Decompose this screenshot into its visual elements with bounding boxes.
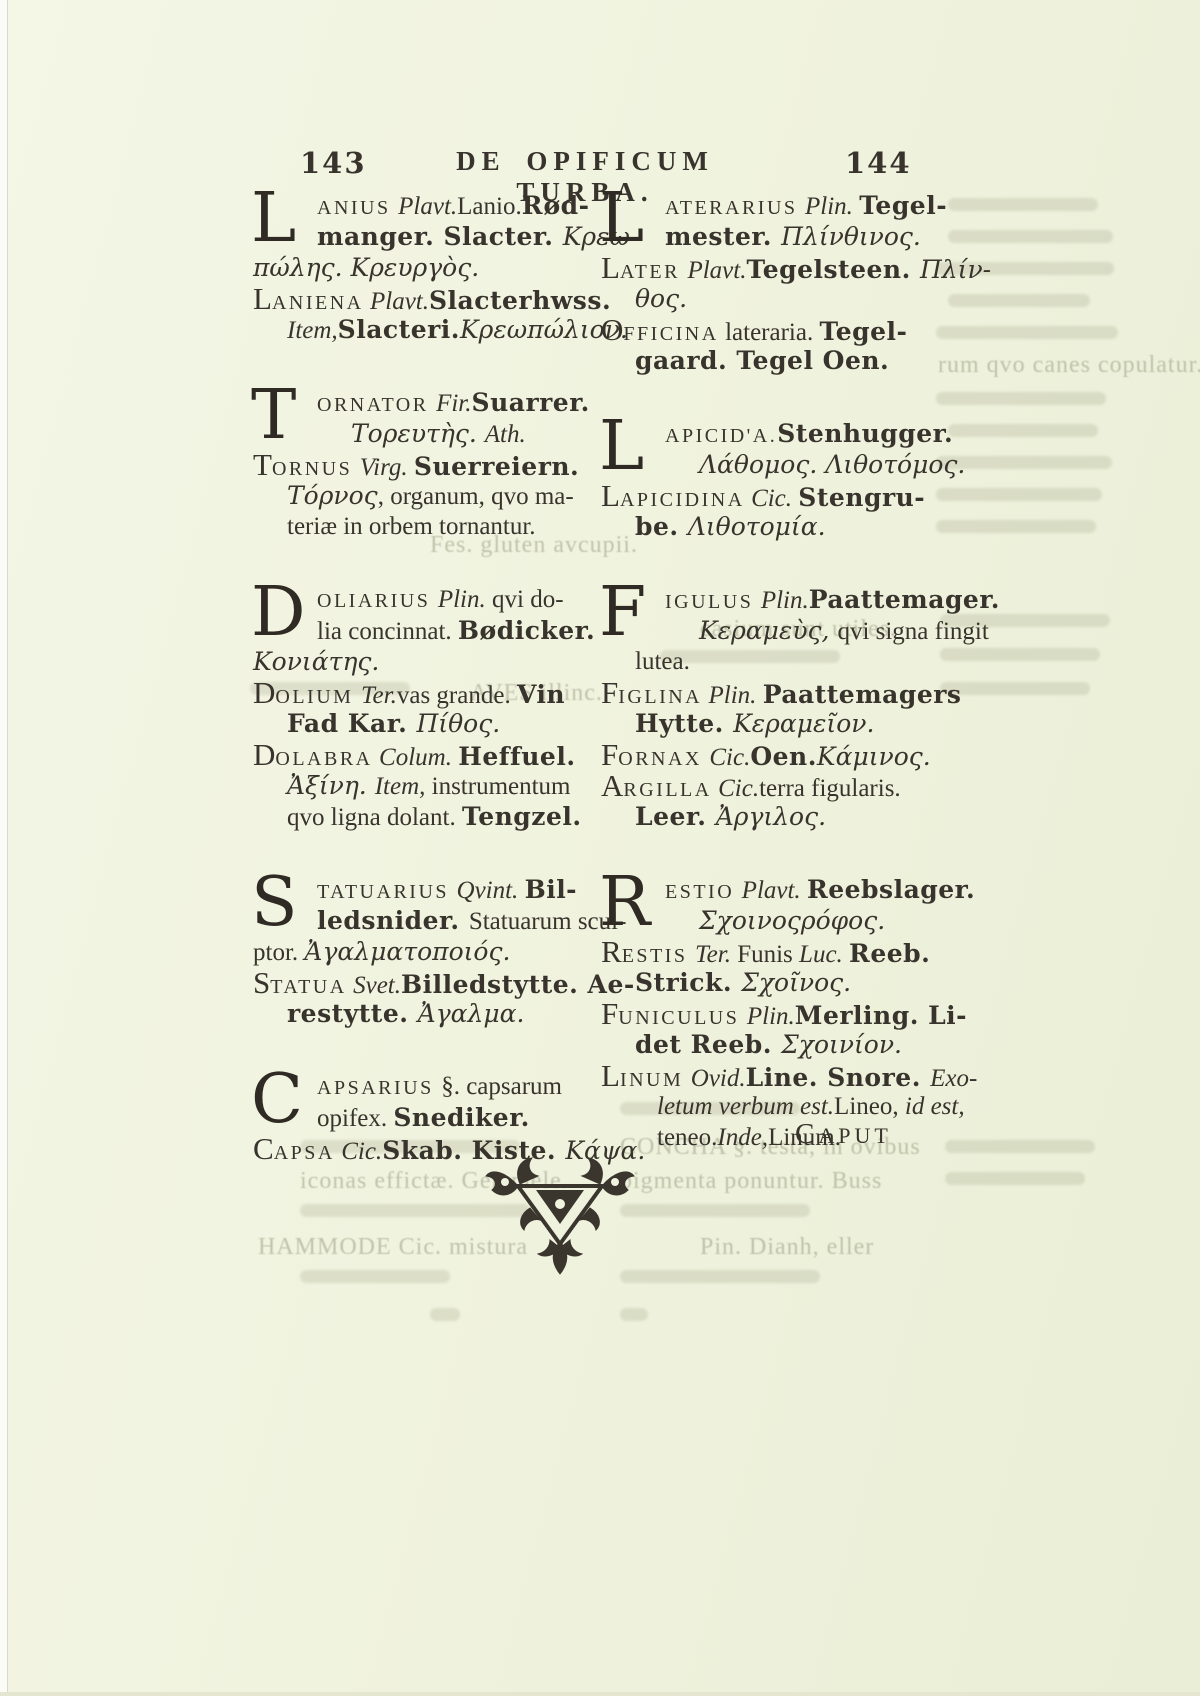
text-segment-lead: C — [253, 1131, 274, 1166]
text-segment-lead: F — [601, 996, 618, 1031]
entry-line: LINUM Ovid.Line. Snore. Exo- — [601, 1060, 951, 1091]
text-segment-sc: ORNAX — [618, 748, 709, 770]
text-segment-it: Cic. — [709, 744, 750, 771]
entry-line: Κεραμεὺς, qvi signa fingit — [601, 615, 951, 646]
bleedthrough-mark — [948, 294, 1090, 307]
text-segment-gr: Κεραμεὺς, — [699, 616, 837, 645]
bleedthrough-mark — [940, 648, 1100, 661]
text-segment-bl: Tegel- — [859, 191, 947, 220]
text-segment-bl: Tegelsteen. — [746, 255, 920, 284]
entry-line: ledsnider. Statuarum scul- — [253, 905, 601, 936]
text-segment-bl: Bil- — [525, 875, 578, 904]
text-segment-sc: ATER — [620, 261, 688, 283]
entry-capsarius: CAPSARIUS §. capsarumopifex. Snediker. — [253, 1071, 601, 1133]
text-segment-it: Cic. — [718, 775, 759, 802]
bleedthrough-mark — [620, 1204, 810, 1217]
entry-line: Strick. Σχοῖνος. — [601, 967, 951, 998]
text-segment-it: letum verbum est. — [657, 1093, 834, 1120]
entry-line: IGULUS Plin.Paattemager. — [601, 584, 951, 615]
text-segment-bl: Hytte. — [635, 709, 733, 738]
text-segment-gr: Ἀγαλμα. — [418, 999, 525, 1028]
entry-line: ANIUS Plavt.Lanio.Rød- — [253, 190, 601, 221]
text-segment-sc: ANIUS — [317, 197, 398, 219]
bleedthrough-mark — [936, 326, 1118, 339]
entry-line: STATUA Svet.Billedstytte. Ae- — [253, 967, 601, 998]
text-segment-lead: L — [601, 478, 620, 513]
text-segment-sc: OLABRA — [275, 748, 379, 770]
drop-cap: F — [599, 584, 646, 642]
text-segment-it: Exo- — [930, 1065, 977, 1092]
text-segment-sc: IGULUS — [665, 591, 761, 613]
entry-line: DOLIUM Ter.vas grande. Vin — [253, 677, 601, 708]
entry-line: manger. Slacter. Κρεω- — [253, 221, 601, 252]
text-segment-bl: Suerreiern. — [414, 452, 579, 481]
drop-cap: L — [599, 418, 644, 476]
entry-dolabra: DOLABRA Colum. Heffuel.Ἀξίνη. Item, inst… — [253, 739, 601, 832]
text-segment-sc: FFICINA — [623, 323, 725, 345]
text-segment-bl: Heffuel. — [458, 742, 575, 771]
entry-dolium: DOLIUM Ter.vas grande. VinFad Kar. Πίθος… — [253, 677, 601, 739]
text-segment-sc: ORNUS — [272, 458, 360, 480]
text-segment-bl: Stenhugger. — [777, 419, 953, 448]
entry-statua: STATUA Svet.Billedstytte. Ae-restytte. Ἀ… — [253, 967, 601, 1029]
text-segment-it: Fir. — [436, 390, 471, 417]
text-segment-it: Plin. — [709, 682, 763, 709]
text-segment-bl: Bødicker. — [458, 616, 595, 645]
entry-line: be. Λιθοτομία. — [601, 511, 951, 542]
text-segment-bl: ledsnider. — [317, 906, 469, 935]
bleedthrough-mark — [948, 424, 1098, 437]
entry-line: θος. — [601, 283, 951, 314]
entry-line: lutea. — [601, 646, 951, 677]
entry-line: qvo ligna dolant. Tengzel. — [253, 801, 601, 832]
text-segment-sc: ANIENA — [272, 292, 370, 314]
entry-lapicida: LAPICID'A.Stenhugger.Λάθομος. Λιθοτόμος. — [601, 418, 951, 480]
text-segment-rm: qvi signa fingit — [837, 618, 988, 645]
text-segment-bl: Vin — [517, 680, 565, 709]
text-segment-it: Inde, — [717, 1124, 768, 1151]
text-segment-it: Item, — [375, 773, 432, 800]
entry-line: Τόρνος, organum, qvo ma- — [253, 480, 601, 511]
text-segment-gr: Σχοινίον. — [781, 1030, 902, 1059]
text-segment-lead: D — [253, 675, 275, 710]
text-segment-rm: teriæ in orbem tornantur. — [287, 513, 536, 540]
text-segment-rm: Funis — [737, 941, 799, 968]
text-segment-bl: Billedstytte. Ae- — [401, 970, 635, 999]
text-segment-rm: qvi do- — [492, 586, 564, 613]
text-segment-it: Ter. — [361, 682, 397, 709]
text-segment-gr: Λιθοτομία. — [688, 512, 826, 541]
catchword: CAPUT — [795, 1118, 975, 1151]
text-segment-it: Qvint. — [457, 877, 525, 904]
text-segment-bl: mester. — [665, 222, 781, 251]
entry-line: Σχοινοςρόφος. — [601, 905, 951, 936]
text-segment-lead: O — [601, 312, 623, 347]
entry-line: Τορευτὴς. Ath. — [253, 418, 601, 449]
text-segment-it: Item, — [287, 317, 338, 344]
bleedthrough-mark — [936, 488, 1102, 501]
text-segment-gr: Κεραμεῖον. — [733, 709, 874, 738]
bleedthrough-mark — [430, 1308, 460, 1321]
text-segment-sc: TATUA — [270, 976, 353, 998]
text-segment-bl: Paattemagers — [763, 680, 962, 709]
entry-laterarius: LATERARIUS Plin. Tegel-mester. Πλίνθινος… — [601, 190, 951, 252]
entry-line: ARGILLA Cic.terra figularis. — [601, 770, 951, 801]
text-segment-rm: teneo. — [657, 1124, 717, 1151]
text-segment-sc: APSARIUS — [317, 1077, 441, 1099]
text-segment-rm: instrumentum — [432, 773, 571, 800]
text-segment-it: Ath. — [485, 421, 526, 448]
entry-tornator: TORNATOR Fir.Suarrer.Τορευτὴς. Ath. — [253, 387, 601, 449]
text-segment-rm: ptor. — [253, 939, 304, 966]
drop-cap: L — [599, 190, 644, 248]
entry-restio: RESTIO Plavt. Reebslager.Σχοινοςρόφος. — [601, 874, 951, 936]
entry-line: mester. Πλίνθινος. — [601, 221, 951, 252]
entry-line: πώλης. Κρευργὸς. — [253, 252, 601, 283]
bleedthrough-text: Pin. Dianh, eller — [700, 1234, 874, 1261]
printer-ornament-icon — [478, 1152, 642, 1276]
entry-line: teriæ in orbem tornantur. — [253, 511, 601, 542]
text-segment-it: Plavt. — [370, 288, 429, 315]
text-segment-rm: vas grande. — [397, 682, 517, 709]
entry-line: LAPICIDINA Cic. Stengru- — [601, 480, 951, 511]
text-segment-sc: RGILLA — [623, 779, 718, 801]
text-segment-it: Plin. — [438, 586, 492, 613]
text-segment-sc: OLIUM — [275, 686, 361, 708]
entry-laniena: LANIENA Plavt.Slacterhwss.Item,Slacteri.… — [253, 283, 601, 345]
entry-line: APICID'A.Stenhugger. — [601, 418, 951, 449]
entry-line: ESTIO Plavt. Reebslager. — [601, 874, 951, 905]
text-segment-gr: θος. — [635, 284, 687, 313]
text-segment-gr: Πλίνθινος. — [781, 222, 921, 251]
text-segment-it: Plavt. — [398, 193, 457, 220]
entry-line: OFFICINA lateraria. Tegel- — [601, 314, 951, 345]
entry-line: Item,Slacteri.Κρεωπώλιον. — [253, 314, 601, 345]
bleedthrough-mark — [948, 230, 1113, 243]
text-segment-sc: ATERARIUS — [665, 197, 805, 219]
text-segment-rm: qvo ligna dolant. — [287, 804, 462, 831]
text-segment-bl: manger. Slacter. — [317, 222, 563, 251]
text-segment-sc: ESTIS — [622, 945, 695, 967]
entry-line: TATUARIUS Qvint. Bil- — [253, 874, 601, 905]
scan-edge-artifact — [0, 0, 8, 1696]
text-segment-bl: be. — [635, 512, 688, 541]
text-segment-bl: gaard. Tegel Oen. — [635, 346, 889, 375]
text-segment-bl: Reeb. — [849, 939, 930, 968]
entry-line: ORNATOR Fir.Suarrer. — [253, 387, 601, 418]
text-segment-it: Cic. — [341, 1138, 382, 1165]
text-segment-lead: A — [601, 768, 623, 803]
entry-line: opifex. Snediker. — [253, 1102, 601, 1133]
text-segment-rm: terra figularis. — [759, 775, 901, 802]
entry-line: Ἀξίνη. Item, instrumentum — [253, 770, 601, 801]
page-number-left: 143 — [300, 146, 367, 180]
drop-cap: T — [251, 387, 296, 445]
text-segment-bl: Line. Snore. — [746, 1063, 930, 1092]
entry-line: FIGLINA Plin. Paattemagers — [601, 677, 951, 708]
bleedthrough-mark — [945, 1172, 1085, 1185]
entry-funiculus: FUNICULUS Plin.Merling. Li-det Reeb. Σχο… — [601, 998, 951, 1060]
text-segment-gr: Ἀργιλος. — [716, 802, 826, 831]
bleedthrough-mark — [936, 520, 1096, 533]
entry-argilla: ARGILLA Cic.terra figularis.Leer. Ἀργιλο… — [601, 770, 951, 832]
text-segment-bl: Reebslager. — [807, 875, 975, 904]
text-segment-bl: Snediker. — [393, 1103, 529, 1132]
text-segment-gr: Τορευτὴς. — [351, 419, 485, 448]
text-segment-bl: Slacterhwss. — [429, 286, 611, 315]
entry-later: LATER Plavt.Tegelsteen. Πλίν-θος. — [601, 252, 951, 314]
entry-line: RESTIS Ter. Funis Luc. Reeb. — [601, 936, 951, 967]
entry-line: restytte. Ἀγαλμα. — [253, 998, 601, 1029]
text-segment-rm: , organum, qvo ma- — [378, 483, 574, 510]
text-segment-it: Colum. — [379, 744, 458, 771]
text-segment-it: Plin. — [761, 587, 809, 614]
bleedthrough-mark — [936, 392, 1106, 405]
entry-line: FORNAX Cic.Oen.Κάμινος. — [601, 739, 951, 770]
entry-restis: RESTIS Ter. Funis Luc. Reeb.Strick. Σχοῖ… — [601, 936, 951, 998]
text-segment-bl: det Reeb. — [635, 1030, 781, 1059]
text-segment-rm: opifex. — [317, 1105, 393, 1132]
text-segment-gr: Ἀξίνη. — [287, 771, 375, 800]
text-segment-rm: lateraria. — [725, 319, 819, 346]
text-segment-gr: Σχοινοςρόφος. — [699, 906, 885, 935]
text-segment-lead: F — [601, 675, 618, 710]
text-segment-lead: S — [253, 965, 270, 1000]
text-segment-gr: Σχοῖνος. — [741, 968, 851, 997]
text-segment-lead: L — [601, 1058, 620, 1093]
text-segment-it: Svet. — [353, 972, 401, 999]
text-segment-lead: R — [601, 934, 622, 969]
text-column-left: LANIUS Plavt.Lanio.Rød-manger. Slacter. … — [253, 190, 601, 1164]
entry-line: LANIENA Plavt.Slacterhwss. — [253, 283, 601, 314]
bleedthrough-mark — [940, 682, 1090, 695]
scan-edge-artifact — [0, 1692, 1200, 1696]
bleedthrough-mark — [300, 1270, 450, 1283]
text-segment-it: Cic. — [751, 485, 798, 512]
entry-line: Leer. Ἀργιλος. — [601, 801, 951, 832]
entry-line: det Reeb. Σχοινίον. — [601, 1029, 951, 1060]
text-segment-sc: ESTIO — [665, 881, 742, 903]
text-segment-bl: Stengru- — [798, 483, 925, 512]
text-segment-lead: L — [253, 281, 272, 316]
text-segment-bl: Merling. Li- — [795, 1001, 967, 1030]
text-segment-bl: Tengzel. — [462, 802, 582, 831]
text-segment-lead: F — [601, 737, 618, 772]
bleedthrough-mark — [620, 1270, 820, 1283]
text-segment-gr: Λάθομος. Λιθοτόμος. — [699, 450, 965, 479]
scanned-book-page: rum qvo canes copulatur.Fes. gluten avcu… — [0, 0, 1200, 1696]
text-segment-sc: IGLINA — [618, 686, 708, 708]
entry-line: ATERARIUS Plin. Tegel- — [601, 190, 951, 221]
text-segment-sc: OLIARIUS — [317, 590, 438, 612]
text-segment-it: Plavt. — [742, 877, 807, 904]
text-segment-rm: Lanio. — [457, 193, 522, 220]
text-segment-sc: UNICULUS — [618, 1007, 747, 1029]
text-segment-bl: Fad Kar. — [287, 709, 416, 738]
text-segment-sc: ORNATOR — [317, 394, 436, 416]
entry-tornus: TORNUS Virg. Suerreiern.Τόρνος, organum,… — [253, 449, 601, 542]
entry-line: APSARIUS §. capsarum — [253, 1071, 601, 1102]
text-segment-it: Ovid. — [691, 1065, 746, 1092]
text-segment-sc: APICID'A. — [665, 425, 777, 447]
text-segment-it: Luc. — [799, 941, 849, 968]
entry-line: Fad Kar. Πίθος. — [253, 708, 601, 739]
drop-cap: R — [599, 874, 650, 932]
text-segment-sc: INUM — [620, 1069, 691, 1091]
text-segment-it: Plin. — [805, 193, 859, 220]
entry-line: LATER Plavt.Tegelsteen. Πλίν- — [601, 252, 951, 283]
entry-fornax: FORNAX Cic.Oen.Κάμινος. — [601, 739, 951, 770]
bleedthrough-mark — [620, 1308, 648, 1321]
text-segment-gr: Κάμινος. — [817, 742, 931, 771]
text-column-right: LATERARIUS Plin. Tegel-mester. Πλίνθινος… — [601, 190, 951, 1153]
text-segment-bl: Slacteri. — [338, 315, 460, 344]
text-segment-it: Ter. — [695, 941, 737, 968]
text-segment-sc: APICIDINA — [620, 489, 751, 511]
text-segment-sc: TATUARIUS — [317, 881, 457, 903]
page-number-right: 144 — [845, 146, 912, 180]
drop-cap: C — [251, 1071, 303, 1129]
text-segment-it: Plin. — [747, 1003, 795, 1030]
entry-doliarius: DOLIARIUS Plin. qvi do-lia concinnat. Bø… — [253, 584, 601, 677]
text-segment-gr: Ἀγαλματοποιός. — [304, 937, 510, 966]
text-segment-it: Virg. — [360, 454, 414, 481]
bleedthrough-mark — [948, 198, 1098, 211]
text-segment-bl: Rød- — [522, 191, 590, 220]
entry-line: Hytte. Κεραμεῖον. — [601, 708, 951, 739]
text-segment-rm: Lineo, — [834, 1093, 905, 1120]
text-segment-bl: restytte. — [287, 999, 418, 1028]
bleedthrough-text: pigmenta ponuntur. Buss — [620, 1168, 882, 1195]
text-segment-gr: Πλίν- — [920, 255, 991, 284]
entry-line: DOLABRA Colum. Heffuel. — [253, 739, 601, 770]
text-segment-lead: T — [253, 447, 272, 482]
entry-line: FUNICULUS Plin.Merling. Li- — [601, 998, 951, 1029]
entry-lanius: LANIUS Plavt.Lanio.Rød-manger. Slacter. … — [253, 190, 601, 283]
text-segment-bl: Leer. — [635, 802, 716, 831]
entry-figulus: FIGULUS Plin.Paattemager.Κεραμεὺς, qvi s… — [601, 584, 951, 677]
text-segment-sc: APSA — [274, 1142, 342, 1164]
entry-figlina: FIGLINA Plin. PaattemagersHytte. Κεραμεῖ… — [601, 677, 951, 739]
entry-line: Λάθομος. Λιθοτόμος. — [601, 449, 951, 480]
entry-line: gaard. Tegel Oen. — [601, 345, 951, 376]
text-segment-lead: L — [601, 250, 620, 285]
bleedthrough-text: rum qvo canes copulatur. — [938, 352, 1200, 379]
text-segment-rm: lutea. — [635, 648, 690, 675]
text-segment-bl: Paattemager. — [809, 585, 1000, 614]
drop-cap: L — [251, 190, 296, 248]
text-segment-lead: D — [253, 737, 275, 772]
text-segment-it: id est, — [905, 1093, 965, 1120]
text-segment-bl: Oen. — [750, 742, 817, 771]
entry-line: ptor. Ἀγαλματοποιός. — [253, 936, 601, 967]
drop-cap: D — [251, 584, 306, 642]
text-segment-gr: Πίθος. — [416, 709, 500, 738]
drop-cap: S — [251, 874, 298, 932]
entry-line: TORNUS Virg. Suerreiern. — [253, 449, 601, 480]
text-segment-rm: lia concinnat. — [317, 618, 458, 645]
text-segment-gr: Τόρνος — [287, 481, 378, 510]
entry-lapicidina: LAPICIDINA Cic. Stengru-be. Λιθοτομία. — [601, 480, 951, 542]
text-segment-it: Plavt. — [687, 257, 746, 284]
text-segment-bl: Suarrer. — [472, 388, 590, 417]
entry-statuarius: STATUARIUS Qvint. Bil-ledsnider. Statuar… — [253, 874, 601, 967]
text-segment-bl: Strick. — [635, 968, 741, 997]
text-segment-rm: §. capsarum — [441, 1073, 562, 1100]
text-segment-bl: Tegel- — [819, 317, 907, 346]
entry-officina: OFFICINA lateraria. Tegel-gaard. Tegel O… — [601, 314, 951, 376]
